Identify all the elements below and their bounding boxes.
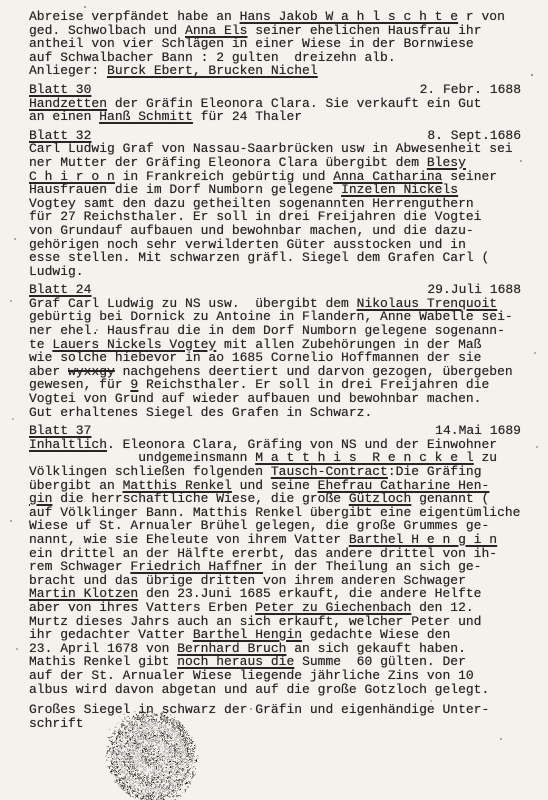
- document-line: Vogtey samt den dazu getheilten sogenann…: [29, 197, 521, 211]
- entry-date: 14.Mai 1689: [435, 424, 521, 438]
- document-line: aber von ihres Vatters Erben Peter zu Gi…: [29, 601, 521, 615]
- document-line: Handzetten der Gräfin Eleonora Clara. Si…: [29, 97, 521, 111]
- document-line: aber wyxxgy nachgehens deertiert und dar…: [29, 365, 521, 379]
- document-text-block: Abreise verpfändet habe an Hans Jakob W …: [29, 10, 521, 730]
- document-line: Murtz dieses Jahrs auch an sich erkauft,…: [29, 615, 521, 629]
- document-section: Abreise verpfändet habe an Hans Jakob W …: [29, 10, 521, 78]
- document-line: Wiese uf St. Arnualer Brühel gelegen, di…: [29, 519, 521, 533]
- document-line: auf Schwalbacher Bann : 2 gulten dreizeh…: [29, 51, 521, 65]
- document-line: Gut erhaltenes Siegel des Grafen in Schw…: [29, 406, 521, 420]
- document-line: Carl Ludwig Graf von Nassau-Saarbrücken …: [29, 142, 521, 156]
- document-section: Blatt 3714.Mai 1689Inhaltlich. Eleonora …: [29, 424, 521, 696]
- document-line: esse stellen. Mit schwarzen gräfl. Siege…: [29, 251, 521, 265]
- document-line: gebürtig bei Dornick zu Antoine in Fland…: [29, 310, 521, 324]
- document-line: ged. Schwolbach und Anna Els seiner ehel…: [29, 24, 521, 38]
- document-line: Anlieger: Burck Ebert, Brucken Nichel: [29, 64, 521, 78]
- document-line: ein drittel an der Hälfte ererbt, das an…: [29, 547, 521, 561]
- section-heading: Blatt 3714.Mai 1689: [29, 424, 521, 438]
- round-ink-seal-imprint: [103, 711, 201, 800]
- document-section: Blatt 302. Febr. 1688Handzetten der Gräf…: [29, 83, 521, 124]
- section-heading: Blatt 328. Sept.1686: [29, 129, 521, 143]
- document-line: ner Mutter der Gräfing Eleonora Clara üb…: [29, 156, 521, 170]
- entry-date: 8. Sept.1686: [427, 129, 521, 143]
- section-heading: Blatt 302. Febr. 1688: [29, 83, 521, 97]
- blatt-label: Blatt 24: [29, 283, 91, 297]
- document-line: undgemeinsmann M a t t h i s R e n c k e…: [29, 451, 521, 465]
- document-line: bracht und das übrige dritten von ihrem …: [29, 574, 521, 588]
- section-heading: Blatt 2429.Juli 1688: [29, 283, 521, 297]
- document-line: te Lauers Nickels Vogtey mit allen Zubeh…: [29, 338, 521, 352]
- document-line: nannt, wie sie Eheleute von ihrem Vatter…: [29, 533, 521, 547]
- document-page: { "document": { "kind": "typewritten-arc…: [0, 0, 548, 800]
- document-section: Blatt 2429.Juli 1688Graf Carl Ludwig zu …: [29, 283, 521, 419]
- blatt-label: Blatt 37: [29, 424, 91, 438]
- document-line: an einen Hanß Schmitt für 24 Thaler: [29, 110, 521, 124]
- document-line: auf Völklinger Bann. Matthis Renkel über…: [29, 506, 521, 520]
- document-line: Mathis Renkel gibt noch heraus die Summe…: [29, 655, 521, 669]
- document-line: Ludwig.: [29, 265, 521, 279]
- paper-speckles: [0, 0, 2, 2]
- document-line: Abreise verpfändet habe an Hans Jakob W …: [29, 10, 521, 24]
- entry-date: 29.Juli 1688: [427, 283, 521, 297]
- document-line: albus wird davon abgetan und auf die gro…: [29, 683, 521, 697]
- document-line: für 27 Reichsthaler. Er soll in drei Fre…: [29, 210, 521, 224]
- document-line: ihr gedachter Vatter Barthel Hengin geda…: [29, 628, 521, 642]
- document-line: auf der St. Arnualer Wiese liegende jähr…: [29, 669, 521, 683]
- document-line: Graf Carl Ludwig zu NS usw. übergibt dem…: [29, 297, 521, 311]
- document-line: gin die herrschaftliche Wiese, die große…: [29, 492, 521, 506]
- document-line: wie solche hiebevor in ao 1685 Cornelio …: [29, 351, 521, 365]
- document-line: C h i r o n in Frankreich gebürtig und A…: [29, 170, 521, 184]
- document-line: gehörigen noch sehr verwilderten Güter a…: [29, 238, 521, 252]
- blatt-label: Blatt 32: [29, 129, 91, 143]
- document-line: Hausfrauen die im Dorf Numborn gelegene …: [29, 183, 521, 197]
- document-line: Vogtei von Grund auf wieder aufbauen und…: [29, 392, 521, 406]
- document-line: gewesen, für 9 Reichsthaler. Er soll in …: [29, 378, 521, 392]
- document-line: 23. April 1678 von Bernhard Bruch an sic…: [29, 642, 521, 656]
- document-section: Blatt 328. Sept.1686Carl Ludwig Graf von…: [29, 129, 521, 279]
- document-line: rem Schwager Friedrich Haffner in der Th…: [29, 560, 521, 574]
- document-line: von Grundauf aufbauen und bewohnbar mach…: [29, 224, 521, 238]
- document-line: Völklingen schließen folgenden Tausch-Co…: [29, 465, 521, 479]
- blatt-label: Blatt 30: [29, 83, 91, 97]
- document-line: Martin Klotzen den 23.Juni 1685 erkauft,…: [29, 587, 521, 601]
- entry-date: 2. Febr. 1688: [420, 83, 521, 97]
- document-line: Inhaltlich. Eleonora Clara, Gräfing von …: [29, 438, 521, 452]
- document-line: übergibt an Matthis Renkel und seine Ehe…: [29, 479, 521, 493]
- document-line: antheil von vier Schlägen in einer Wiese…: [29, 37, 521, 51]
- document-line: ner ehel. Hausfrau die in dem Dorf Numbo…: [29, 324, 521, 338]
